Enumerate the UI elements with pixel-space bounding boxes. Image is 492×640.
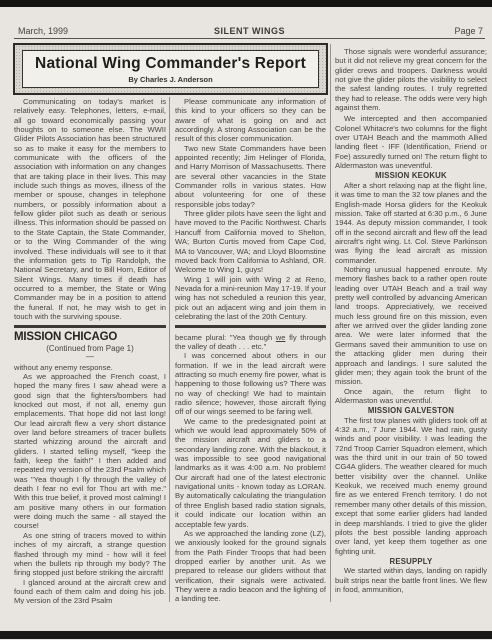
column-3: Those signals were wonderful assurance; … bbox=[335, 47, 487, 604]
article-paragraph: We came to the predesignated point at wh… bbox=[175, 417, 326, 529]
report-byline: By Charles J. Anderson bbox=[23, 75, 318, 84]
article-paragraph: As one string of tracers moved to within… bbox=[14, 531, 166, 578]
section-dash: — bbox=[14, 353, 166, 361]
section-heading-mission-keokuk: MISSION KEOKUK bbox=[335, 171, 487, 180]
column-1: Communicating on today's market is relat… bbox=[14, 97, 166, 604]
article-paragraph: became plural: "Yea though we fly throug… bbox=[175, 333, 326, 352]
report-title-box: National Wing Commander's Report By Char… bbox=[13, 43, 328, 95]
section-heading-resupply: RESUPPLY bbox=[335, 557, 487, 566]
report-paragraph: Please communicate any information of th… bbox=[175, 97, 326, 144]
article-end-rule bbox=[175, 325, 326, 327]
bottom-scan-edge bbox=[0, 631, 492, 639]
article-paragraph: I was concerned about others in our form… bbox=[175, 351, 326, 416]
report-paragraph: Two new State Commanders have been appoi… bbox=[175, 144, 326, 209]
section-heading-mission-chicago: MISSION CHICAGO bbox=[14, 331, 166, 343]
article-end-rule bbox=[14, 325, 166, 327]
article-paragraph: without any enemy response. bbox=[14, 363, 166, 372]
article-paragraph: As we approached the French coast, I hop… bbox=[14, 372, 166, 531]
article-paragraph: As we approached the landing zone (LZ), … bbox=[175, 529, 326, 604]
article-paragraph: Once again, the return flight to Alderma… bbox=[335, 387, 487, 406]
article-paragraph: I glanced around at the aircraft crew an… bbox=[14, 578, 166, 604]
text-run: became plural: "Yea though bbox=[175, 333, 276, 342]
column-2: Please communicate any information of th… bbox=[175, 97, 326, 604]
article-paragraph: We intercepted and then accompanied Colo… bbox=[335, 114, 487, 170]
report-paragraph: Communicating on today's market is relat… bbox=[14, 97, 166, 321]
report-title: National Wing Commander's Report bbox=[23, 55, 318, 73]
report-paragraph: Three glider pilots have seen the light … bbox=[175, 209, 326, 274]
page-number: Page 7 bbox=[454, 26, 483, 36]
masthead-title: SILENT WINGS bbox=[14, 26, 485, 36]
report-paragraph: Wing 1 will join with Wing 2 at Reno, Ne… bbox=[175, 275, 326, 322]
report-title-inner-box: National Wing Commander's Report By Char… bbox=[22, 50, 319, 88]
article-paragraph: Those signals were wonderful assurance; … bbox=[335, 47, 487, 112]
page-header: March, 1999 SILENT WINGS Page 7 bbox=[14, 23, 485, 39]
article-paragraph: We started within days, landing on rapid… bbox=[335, 566, 487, 594]
newsletter-page: March, 1999 SILENT WINGS Page 7 National… bbox=[0, 0, 492, 640]
column-divider-1 bbox=[169, 97, 170, 602]
article-paragraph: After a short relaxing nap at the flight… bbox=[335, 181, 487, 265]
section-heading-mission-galveston: MISSION GALVESTON bbox=[335, 406, 487, 415]
column-divider-2 bbox=[330, 44, 331, 602]
article-paragraph: Nothing unusual happened enroute. My mem… bbox=[335, 265, 487, 386]
top-scan-edge bbox=[0, 0, 492, 7]
article-paragraph: The first tow planes with gliders took o… bbox=[335, 416, 487, 556]
